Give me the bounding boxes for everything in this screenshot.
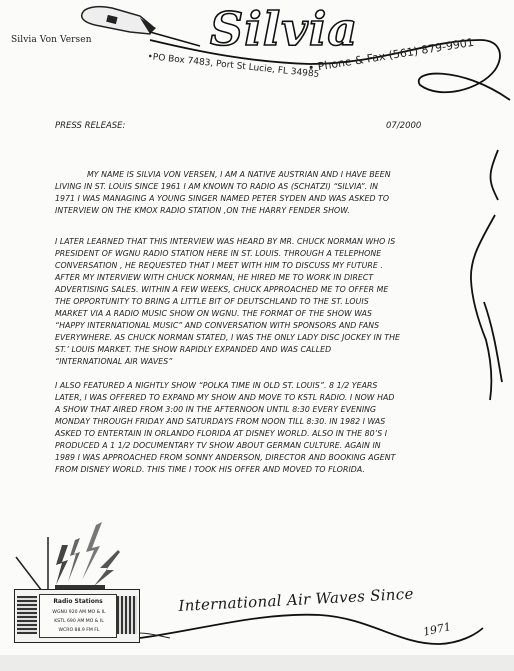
lightning-bolt-icon — [56, 522, 120, 586]
sender-name: Silvia Von Versen — [11, 35, 92, 45]
press-release-label: PRESS RELEASE: — [55, 121, 125, 131]
radio-stations-panel: Radio Stations WGNU 920 AM MO & IL KSTL … — [39, 594, 117, 638]
fountain-pen-icon — [82, 7, 200, 46]
body-paragraph-3: I also featured a nightly show “Polka Ti… — [55, 380, 400, 476]
press-release-date: 07/2000 — [386, 121, 421, 131]
body-paragraph-2: I later learned that this interview was … — [55, 236, 400, 368]
speaker-grille-icon — [17, 596, 37, 634]
radio-station-row: KSTL 690 AM MO & IL — [42, 619, 116, 624]
radio-antenna-icon — [16, 537, 48, 591]
radio-station-row: WGNU 920 AM MO & IL — [42, 610, 116, 615]
radio-icon: Radio Stations WGNU 920 AM MO & IL KSTL … — [14, 589, 140, 643]
brand-logo-text: Silvia — [210, 2, 358, 56]
speaker-grille-icon — [117, 596, 137, 634]
radio-stations-title: Radio Stations — [40, 598, 116, 605]
radio-station-row: WCRO 88.9 FM FL — [42, 628, 116, 633]
body-paragraph-1: My name is Silvia Von Versen, I am a nat… — [55, 169, 400, 217]
